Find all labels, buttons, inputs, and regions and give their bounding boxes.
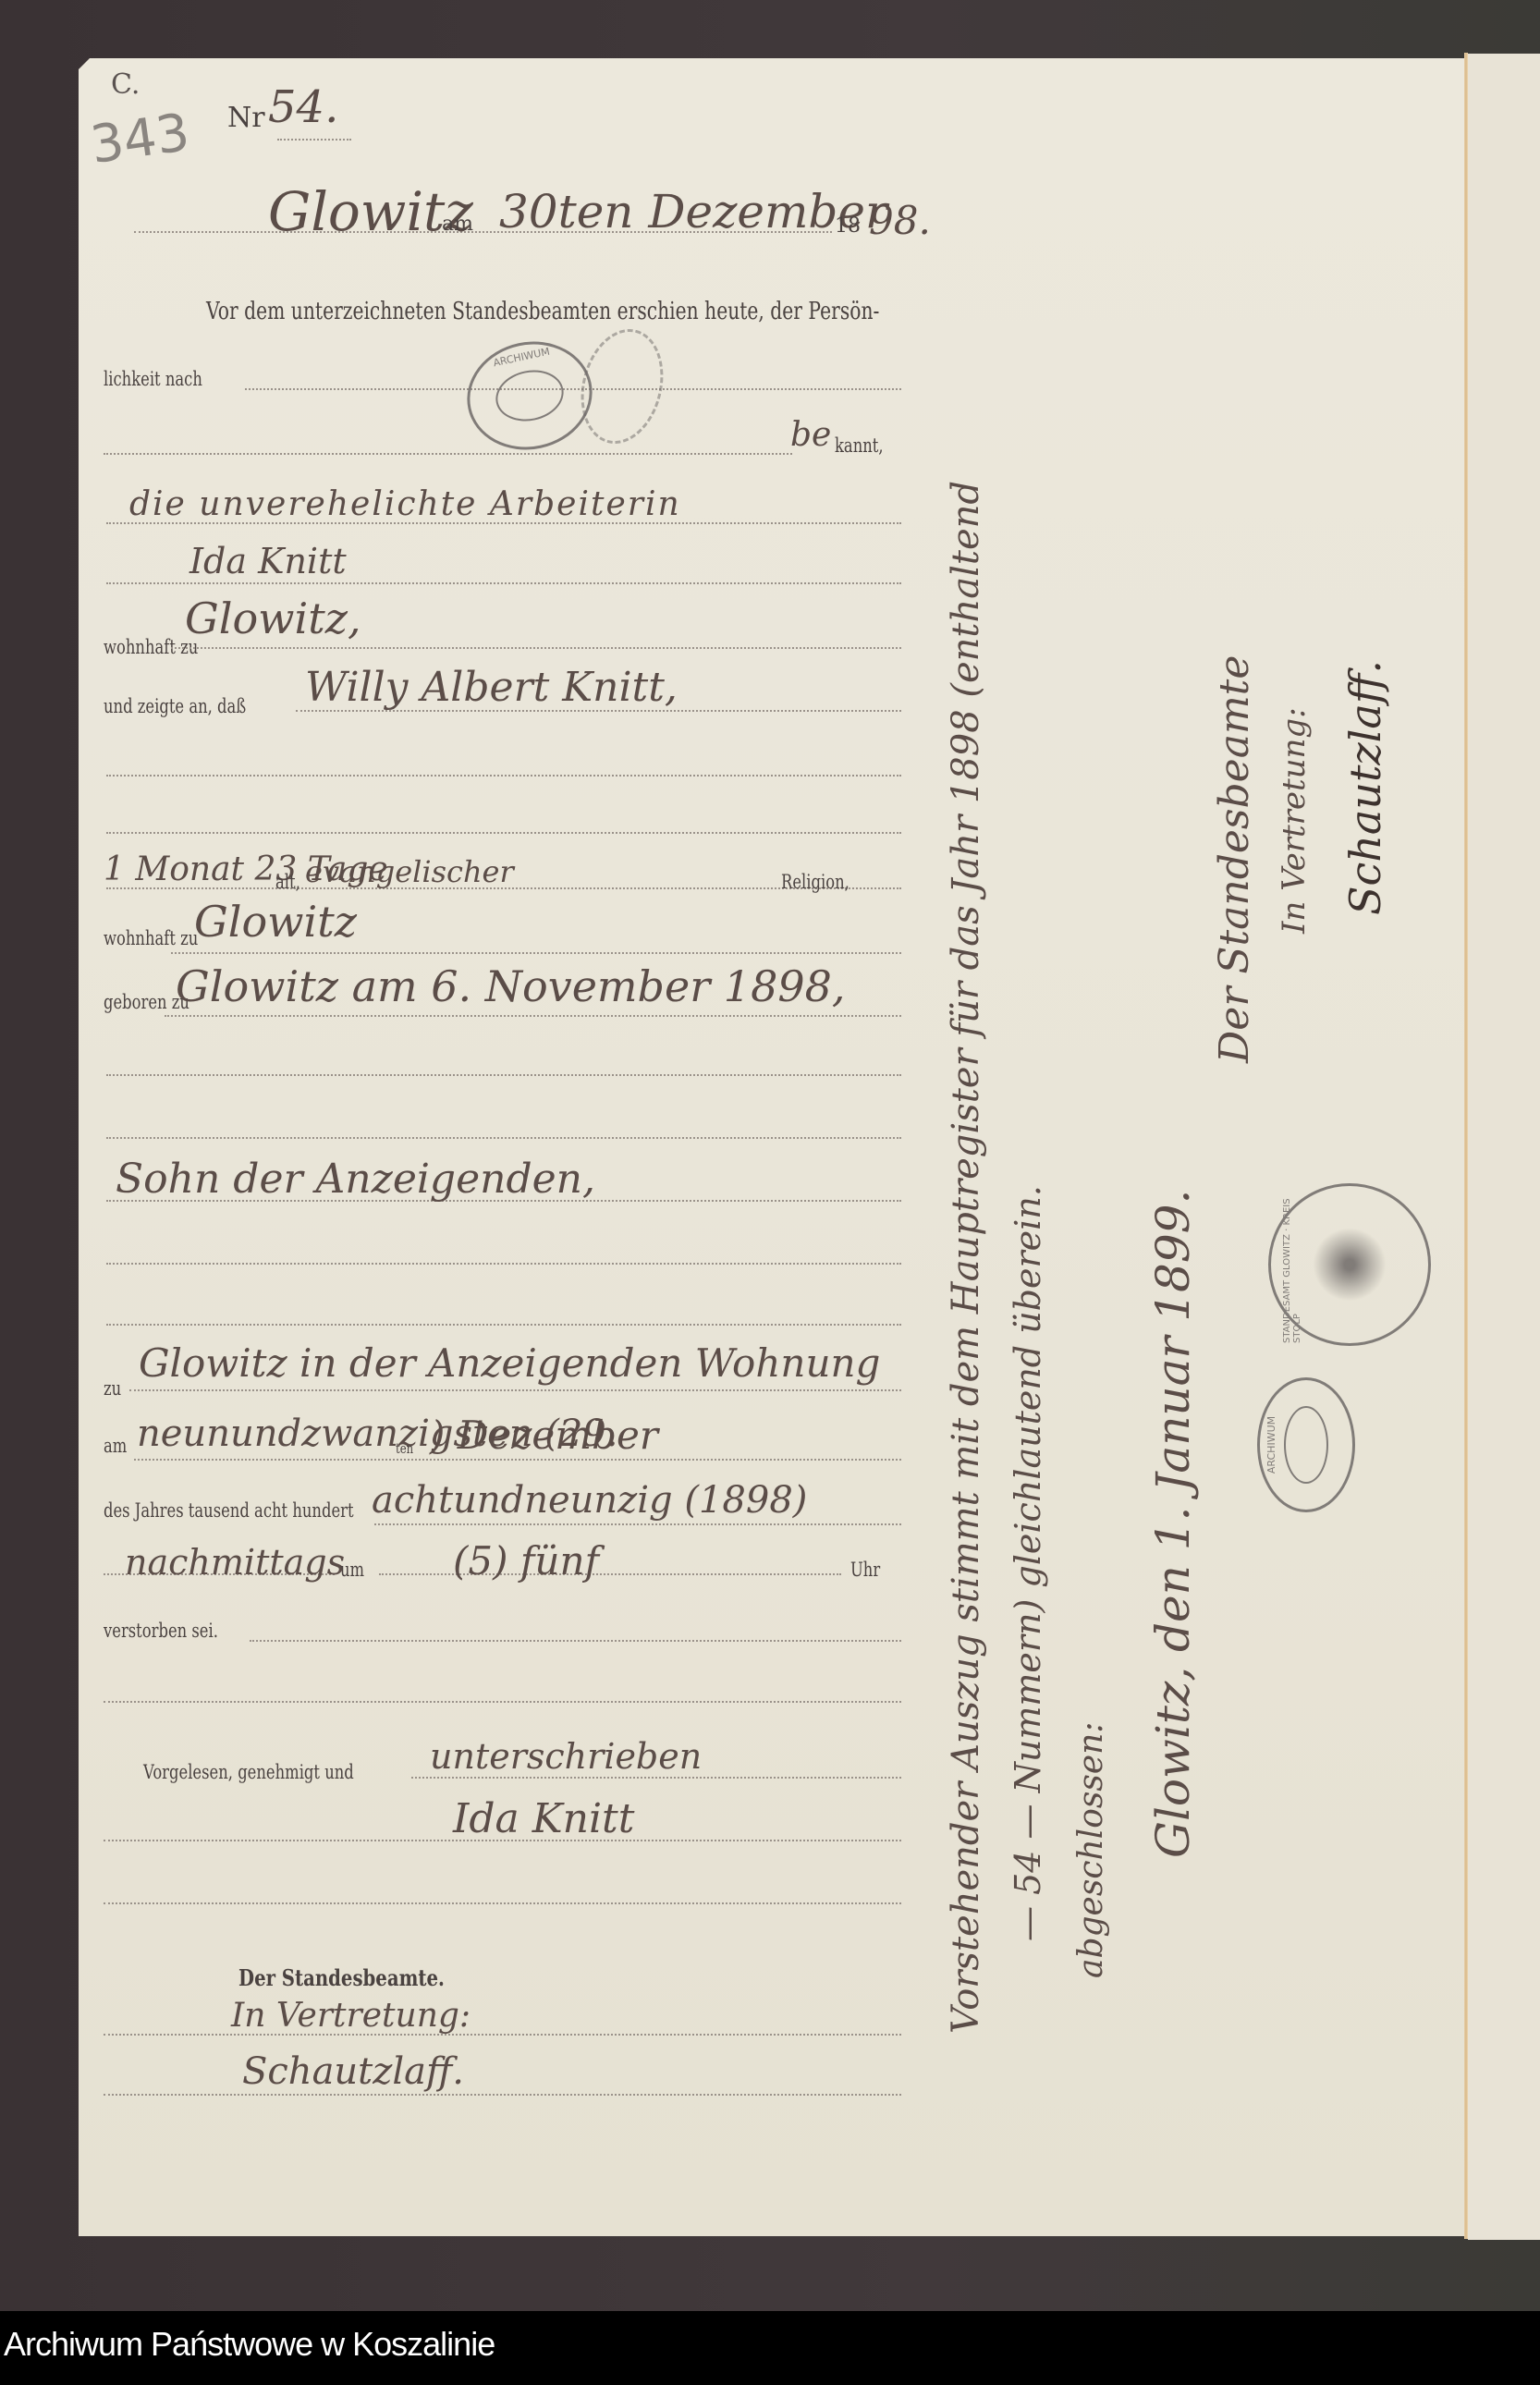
hour-value: (5) fünf bbox=[453, 1538, 599, 1584]
form-line bbox=[106, 775, 901, 777]
form-line bbox=[104, 2094, 901, 2096]
um-label: um bbox=[340, 1559, 364, 1581]
form-line bbox=[106, 832, 901, 834]
margin-note-line2: — 54 — Nummern) gleichlautend überein. bbox=[1008, 1185, 1048, 1941]
margin-note-signature: Schautzlaff. bbox=[1340, 660, 1390, 915]
wohnhaft-value: Glowitz, bbox=[185, 593, 361, 643]
relation-value: Sohn der Anzeigenden, bbox=[116, 1156, 595, 1203]
series-letter: C. bbox=[111, 68, 140, 101]
margin-note-date: Glowitz, den 1. Januar 1899. bbox=[1146, 1190, 1200, 1858]
ten-label: ten bbox=[396, 1440, 413, 1457]
margin-note-deputy: In Vertretung: bbox=[1276, 707, 1313, 934]
register-page bbox=[79, 58, 1466, 2236]
registry-seal: STANDESAMT GLOWITZ · KREIS STOLP bbox=[1268, 1183, 1431, 1346]
form-line bbox=[106, 1074, 901, 1076]
form-line bbox=[104, 2034, 901, 2036]
official-signature: Schautzlaff. bbox=[242, 2050, 464, 2093]
form-line bbox=[129, 1389, 901, 1391]
form-line bbox=[106, 1263, 901, 1265]
verstorben-label: verstorben sei. bbox=[104, 1620, 218, 1642]
form-line bbox=[106, 1137, 901, 1139]
death-month: ) Dezember bbox=[430, 1413, 658, 1458]
death-place: Glowitz in der Anzeigenden Wohnung bbox=[139, 1340, 880, 1386]
official-deputy: In Vertretung: bbox=[231, 1997, 471, 2035]
date-day-handwritten: 30ten Dezember bbox=[499, 185, 887, 238]
form-line bbox=[134, 1459, 901, 1461]
archive-stamp-bottom: ARCHIWUM bbox=[1257, 1377, 1355, 1512]
official-title: Der Standesbeamte. bbox=[238, 1964, 445, 1991]
intro-line: Vor dem unterzeichneten Standesbeamten e… bbox=[206, 298, 879, 325]
informant-name: Ida Knitt bbox=[189, 541, 347, 581]
deceased-name: Willy Albert Knitt, bbox=[305, 664, 678, 711]
form-line bbox=[171, 952, 901, 954]
wohnhaft2-label: wohnhaft zu bbox=[104, 927, 198, 949]
am-label: am bbox=[104, 1435, 127, 1457]
religion-label: Religion, bbox=[781, 871, 849, 893]
wohnhaft2-value: Glowitz bbox=[194, 897, 357, 947]
bekannt-label: kannt, bbox=[835, 434, 884, 457]
form-line bbox=[379, 1573, 841, 1575]
facing-page-edge bbox=[1468, 54, 1540, 2240]
uhr-label: Uhr bbox=[850, 1559, 880, 1581]
geboren-value: Glowitz am 6. November 1898, bbox=[176, 961, 846, 1011]
record-number-line bbox=[277, 139, 351, 141]
lichkeit-label: lichkeit nach bbox=[104, 368, 202, 390]
margin-note-line1: Vorstehender Auszug stimmt mit dem Haupt… bbox=[945, 481, 987, 2034]
form-line bbox=[250, 1640, 901, 1642]
informant-signature: Ida Knitt bbox=[453, 1795, 634, 1842]
margin-note-line3: abgeschlossen: bbox=[1072, 1722, 1110, 1978]
year-prefix: 18 bbox=[835, 214, 861, 238]
form-line bbox=[106, 582, 901, 584]
zeigte-label: und zeigte an, daß bbox=[104, 695, 246, 717]
record-label: Nr bbox=[227, 102, 265, 134]
form-line bbox=[171, 647, 901, 649]
year-suffix-handwritten: 98. bbox=[869, 198, 931, 243]
form-line bbox=[411, 1777, 901, 1779]
form-line bbox=[104, 1902, 901, 1904]
margin-note-official-title: Der Standesbeamte bbox=[1211, 655, 1258, 1063]
time-of-day: nachmittags bbox=[125, 1542, 345, 1583]
form-line bbox=[106, 1324, 901, 1326]
religion-value: evangelischer bbox=[305, 854, 514, 889]
death-year-words: achtundneunzig (1898) bbox=[372, 1479, 807, 1522]
informant-line1: die unverehelichte Arbeiterin bbox=[129, 485, 681, 523]
form-line bbox=[374, 1523, 901, 1525]
vorgelesen-label: Vorgelesen, genehmigt und bbox=[143, 1761, 354, 1783]
bekannt-handwritten: be bbox=[790, 416, 831, 454]
date-am-label: am bbox=[442, 213, 473, 236]
archive-name: Archiwum Państwowe w Koszalinie bbox=[4, 2325, 495, 2364]
jahres-label: des Jahres tausend acht hundert bbox=[104, 1499, 354, 1522]
unterschrieben: unterschrieben bbox=[430, 1736, 702, 1777]
form-line bbox=[165, 1015, 901, 1017]
record-number: 54. bbox=[268, 81, 338, 133]
alt-label: alt, bbox=[275, 871, 300, 893]
zu-label: zu bbox=[104, 1377, 121, 1400]
form-line bbox=[104, 1701, 901, 1703]
form-line bbox=[104, 453, 792, 455]
